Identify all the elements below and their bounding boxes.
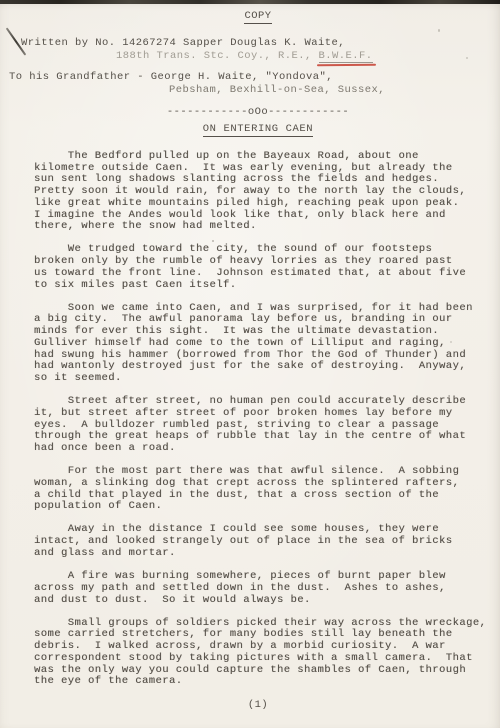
recipient-line: To his Grandfather - George H. Waite, "Y… <box>9 71 500 84</box>
unit-line-text: 188th Trans. Stc. Coy., R.E., <box>116 50 319 62</box>
recipient-address-line: Pebsham, Bexhill-on-Sea, Sussex, <box>169 84 500 97</box>
letter-content: COPY Written by No. 14267274 Sapper Doug… <box>0 0 500 711</box>
paragraph-4: Street after street, no human pen could … <box>34 396 500 455</box>
copy-heading: COPY <box>0 10 500 23</box>
scanned-letter-page: COPY Written by No. 14267274 Sapper Doug… <box>0 0 500 728</box>
unit-abbreviation-red-underlined: B.W.E.F. <box>319 50 373 63</box>
copy-heading-text: COPY <box>244 10 271 24</box>
letter-title-text: ON ENTERING CAEN <box>203 123 313 137</box>
paragraph-6: Away in the distance I could see some ho… <box>34 524 500 559</box>
page-number: (1) <box>0 699 500 711</box>
unit-line: 188th Trans. Stc. Coy., R.E., B.W.E.F. <box>116 50 500 63</box>
paragraph-2: We trudged toward the city, the sound of… <box>34 244 500 291</box>
paragraph-3: Soon we came into Caen, and I was surpri… <box>34 303 500 385</box>
author-line: Written by No. 14267274 Sapper Douglas K… <box>21 37 500 50</box>
paragraph-5: For the most part there was that awful s… <box>34 466 500 513</box>
paragraph-7: A fire was burning somewhere, pieces of … <box>34 571 500 606</box>
letter-title: ON ENTERING CAEN <box>0 123 500 136</box>
paragraph-1: The Bedford pulled up on the Bayeaux Roa… <box>34 151 500 233</box>
paragraph-8: Small groups of soldiers picked their wa… <box>34 618 500 688</box>
ornamental-divider: ------------oOo------------ <box>0 106 500 119</box>
